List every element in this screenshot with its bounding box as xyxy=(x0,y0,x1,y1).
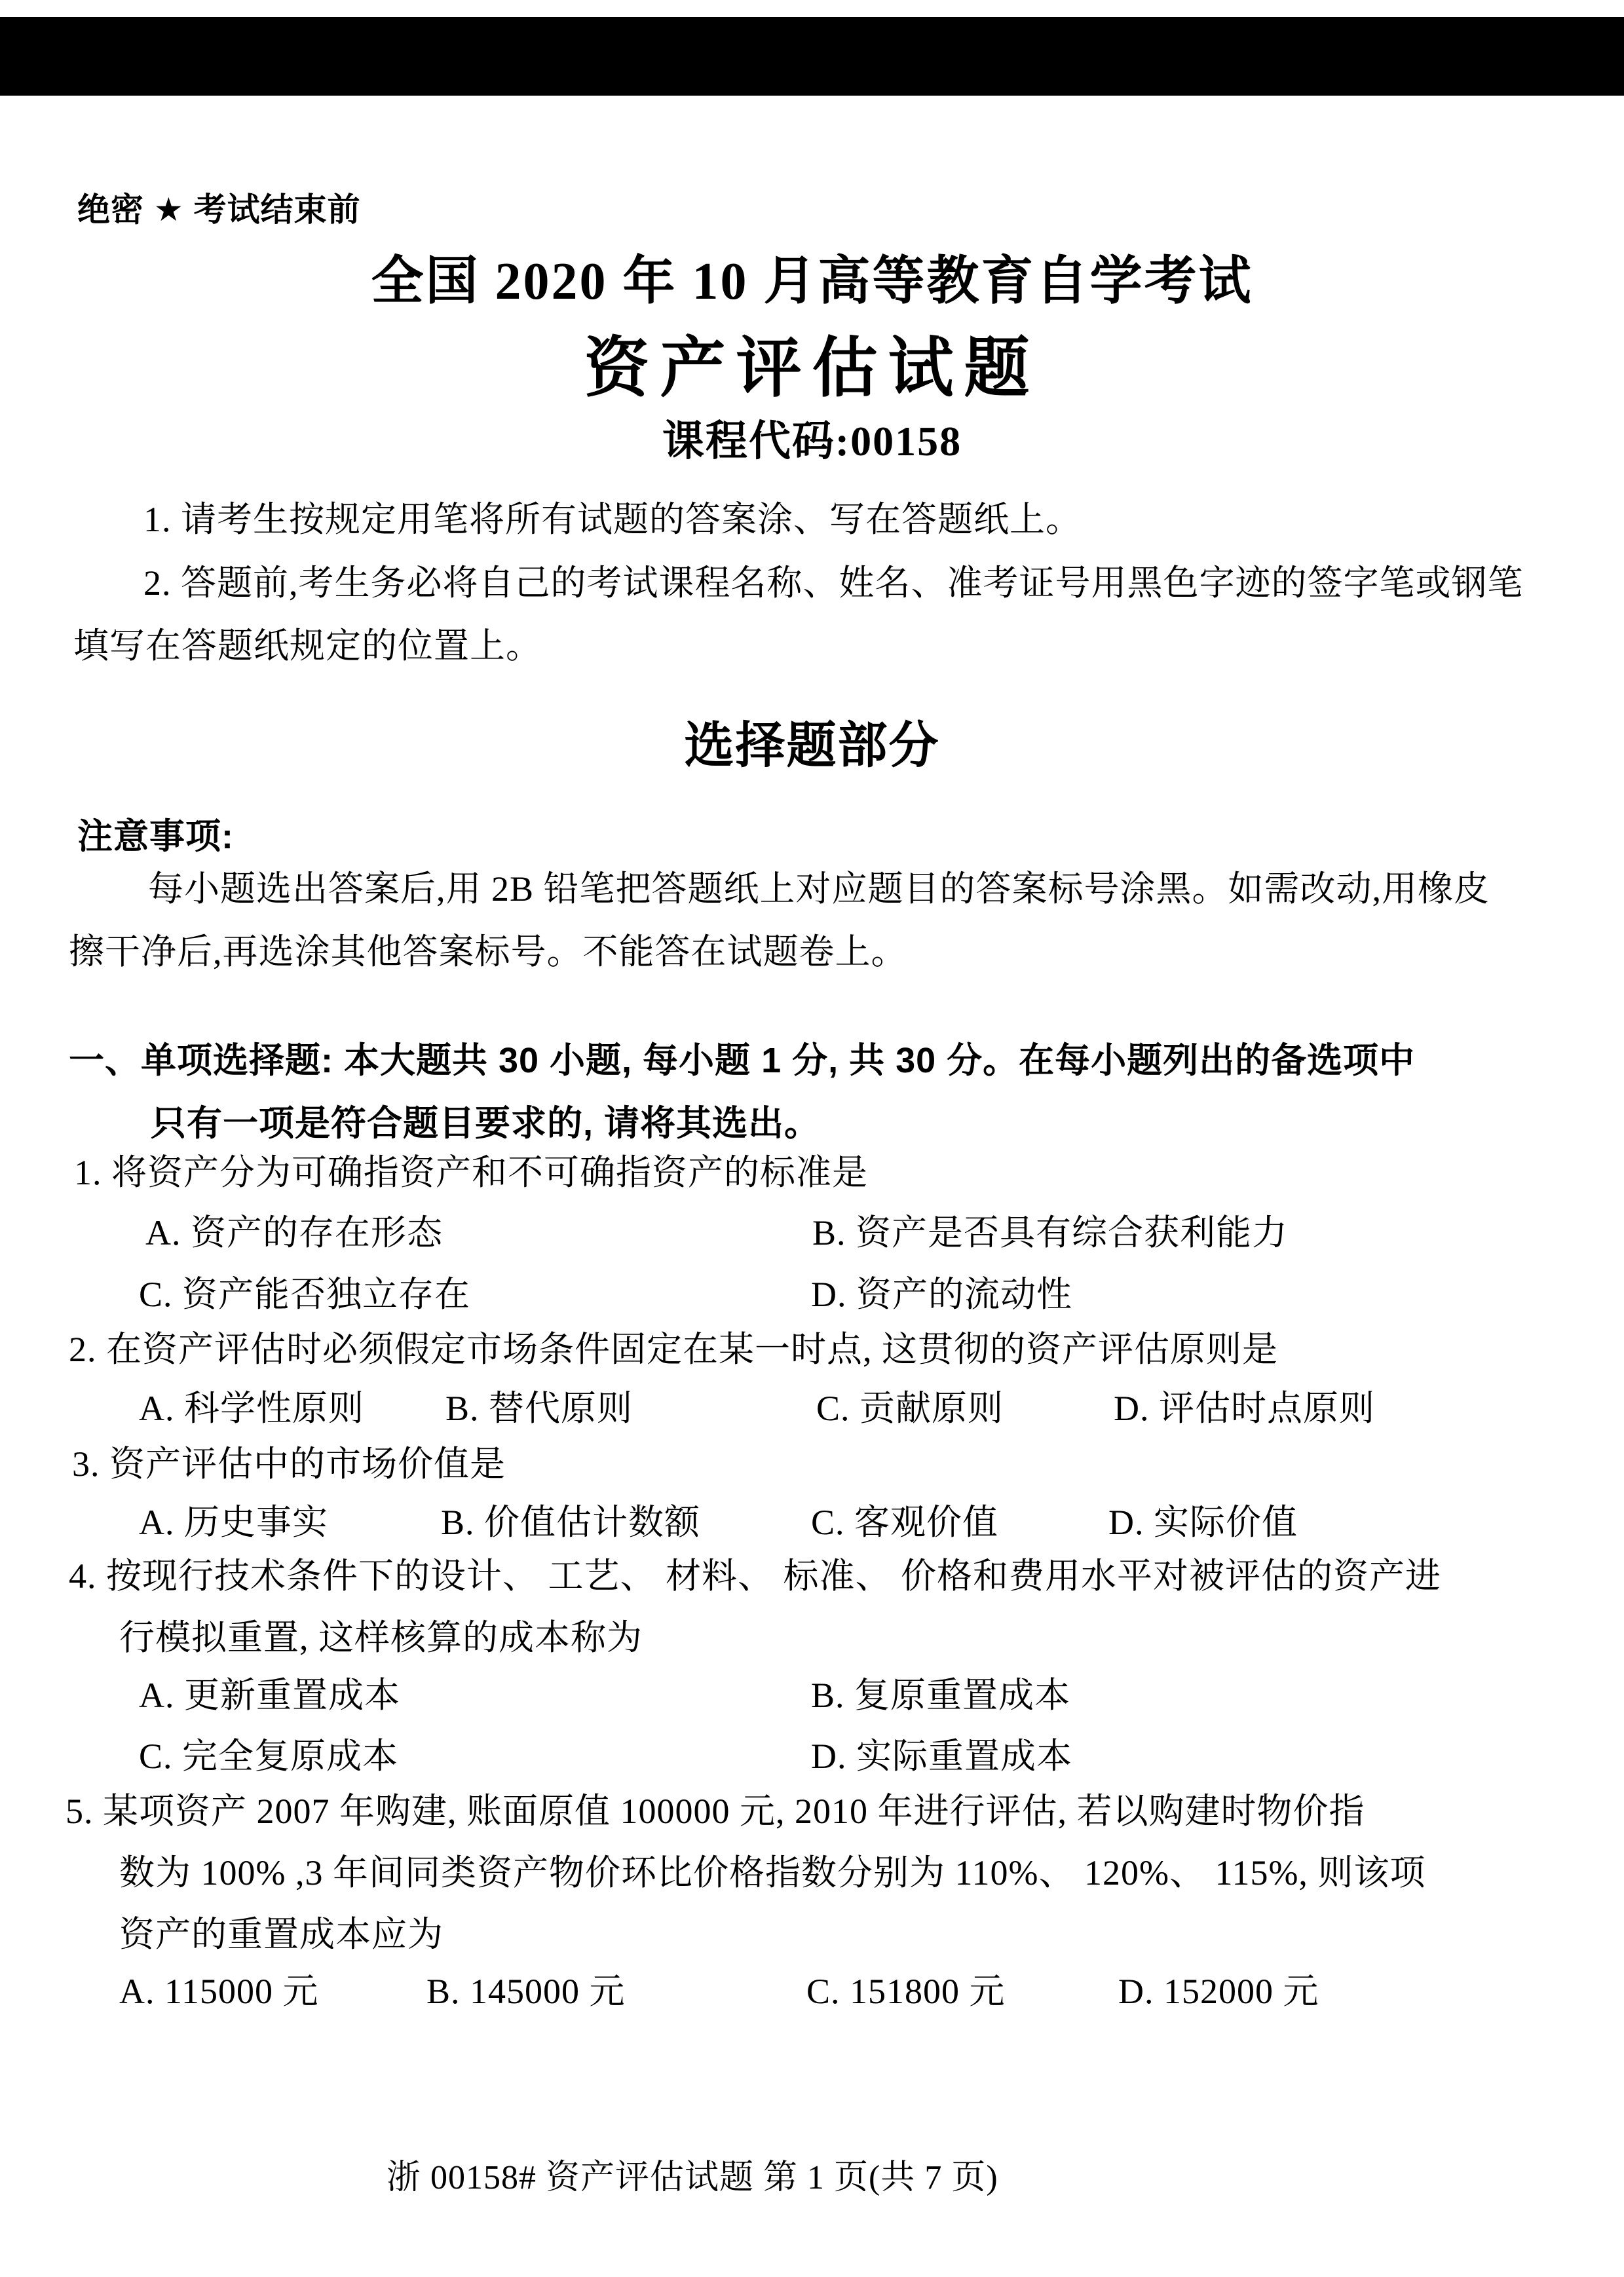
front-note-2-line2: 填写在答题纸规定的位置上。 xyxy=(73,626,542,666)
q4-option-b: B. 复原重置成本 xyxy=(811,1676,1070,1715)
q5-option-a: A. 115000 元 xyxy=(119,1972,319,2011)
exam-title: 全国 2020 年 10 月高等教育自学考试 xyxy=(26,253,1598,312)
q2-option-a: A. 科学性原则 xyxy=(139,1389,364,1428)
classification-label: 绝密 ★ 考试结束前 xyxy=(77,191,361,228)
q4-option-a: A. 更新重置成本 xyxy=(139,1676,400,1715)
course-code: 课程代码:00158 xyxy=(26,418,1598,465)
paper-title: 资产评估试题 xyxy=(26,331,1598,405)
question-2-stem: 2. 在资产评估时必须假定市场条件固定在某一时点, 这贯彻的资产评估原则是 xyxy=(69,1330,1278,1369)
scan-black-bar xyxy=(0,17,1624,96)
q2-option-b: B. 替代原则 xyxy=(445,1389,633,1428)
question-4-options-row-2: C. 完全复原成本 D. 实际重置成本 xyxy=(0,1737,1624,1782)
front-note-2-line1: 2. 答题前,考生务必将自己的考试课程名称、姓名、准考证号用黑色字迹的签字笔或钢… xyxy=(143,563,1524,603)
choice-section-title: 选择题部分 xyxy=(26,718,1598,774)
q1-option-d: D. 资产的流动性 xyxy=(811,1275,1072,1314)
notice-label: 注意事项: xyxy=(77,817,234,856)
q5-option-c: C. 151800 元 xyxy=(806,1972,1006,2011)
front-note-1: 1. 请考生按规定用笔将所有试题的答案涂、写在答题纸上。 xyxy=(143,500,1082,539)
question-5-stem-line3: 资产的重置成本应为 xyxy=(119,1915,444,1954)
part1-directions-line1: 一、单项选择题: 本大题共 30 小题, 每小题 1 分, 共 30 分。在每小… xyxy=(69,1041,1415,1080)
q3-option-a: A. 历史事实 xyxy=(139,1503,328,1542)
part1-directions-line2: 只有一项是符合题目要求的, 请将其选出。 xyxy=(151,1104,820,1143)
question-2-options-row: A. 科学性原则 B. 替代原则 C. 贡献原则 D. 评估时点原则 xyxy=(0,1389,1624,1435)
q2-option-d: D. 评估时点原则 xyxy=(1114,1389,1375,1428)
q1-option-c: C. 资产能否独立存在 xyxy=(139,1275,470,1314)
question-5-stem-line1: 5. 某项资产 2007 年购建, 账面原值 100000 元, 2010 年进… xyxy=(66,1792,1365,1831)
question-3-options-row: A. 历史事实 B. 价值估计数额 C. 客观价值 D. 实际价值 xyxy=(0,1503,1624,1549)
question-5-stem-line2: 数为 100% ,3 年间同类资产物价环比价格指数分别为 110%、 120%、… xyxy=(119,1853,1426,1892)
question-4-stem-line2: 行模拟重置, 这样核算的成本称为 xyxy=(119,1618,643,1657)
question-3-stem: 3. 资产评估中的市场价值是 xyxy=(72,1444,506,1484)
page-footer: 浙 00158# 资产评估试题 第 1 页(共 7 页) xyxy=(387,2159,998,2197)
q3-option-b: B. 价值估计数额 xyxy=(441,1503,700,1542)
question-1-options-row-1: A. 资产的存在形态 B. 资产是否具有综合获利能力 xyxy=(0,1213,1624,1259)
q3-option-d: D. 实际价值 xyxy=(1108,1503,1298,1542)
q1-option-b: B. 资产是否具有综合获利能力 xyxy=(812,1213,1288,1252)
exam-paper-page: 绝密 ★ 考试结束前 全国 2020 年 10 月高等教育自学考试 资产评估试题… xyxy=(0,0,1624,2277)
q1-option-a: A. 资产的存在形态 xyxy=(145,1213,443,1252)
question-4-options-row-1: A. 更新重置成本 B. 复原重置成本 xyxy=(0,1676,1624,1722)
question-1-stem: 1. 将资产分为可确指资产和不可确指资产的标准是 xyxy=(74,1153,868,1192)
notice-line-2: 擦干净后,再选涂其他答案标号。不能答在试题卷上。 xyxy=(69,932,907,971)
q4-option-c: C. 完全复原成本 xyxy=(139,1737,398,1776)
question-5-options-row: A. 115000 元 B. 145000 元 C. 151800 元 D. 1… xyxy=(0,1972,1624,2018)
q4-option-d: D. 实际重置成本 xyxy=(811,1737,1072,1776)
q5-option-b: B. 145000 元 xyxy=(426,1972,626,2011)
question-1-options-row-2: C. 资产能否独立存在 D. 资产的流动性 xyxy=(0,1275,1624,1321)
q5-option-d: D. 152000 元 xyxy=(1118,1972,1319,2011)
notice-line-1: 每小题选出答案后,用 2B 铅笔把答题纸上对应题目的答案标号涂黑。如需改动,用橡… xyxy=(148,869,1490,909)
q3-option-c: C. 客观价值 xyxy=(811,1503,998,1542)
question-4-stem-line1: 4. 按现行技术条件下的设计、 工艺、 材料、 标准、 价格和费用水平对被评估的… xyxy=(69,1556,1441,1596)
q2-option-c: C. 贡献原则 xyxy=(816,1389,1004,1428)
